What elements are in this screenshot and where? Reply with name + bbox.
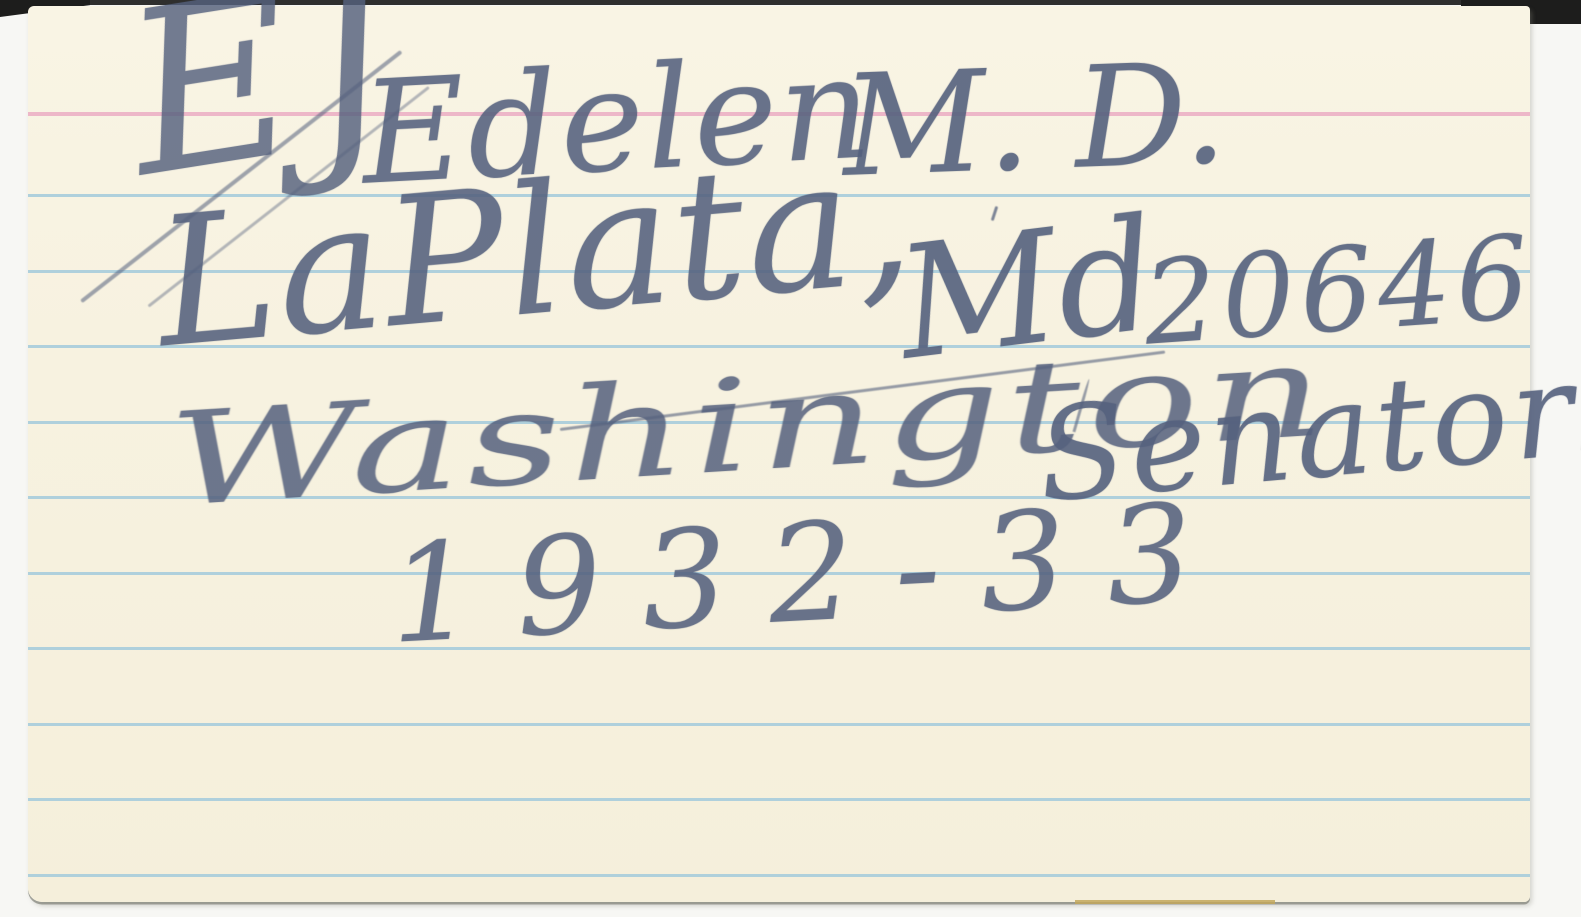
index-card: E J Edelen M. D. LaPlata, Md 20646 Washi…: [28, 6, 1530, 902]
rule-line-blue: [28, 798, 1530, 801]
card-edge-glint: [1075, 900, 1275, 904]
handwriting-years: 1932-33: [386, 484, 1236, 663]
scanned-card-image: E J Edelen M. D. LaPlata, Md 20646 Washi…: [0, 0, 1581, 917]
rule-line-blue: [28, 874, 1530, 877]
scan-page: { "scan": { "background_color": "#f7f7f4…: [0, 0, 1581, 917]
rule-line-blue: [28, 723, 1530, 726]
